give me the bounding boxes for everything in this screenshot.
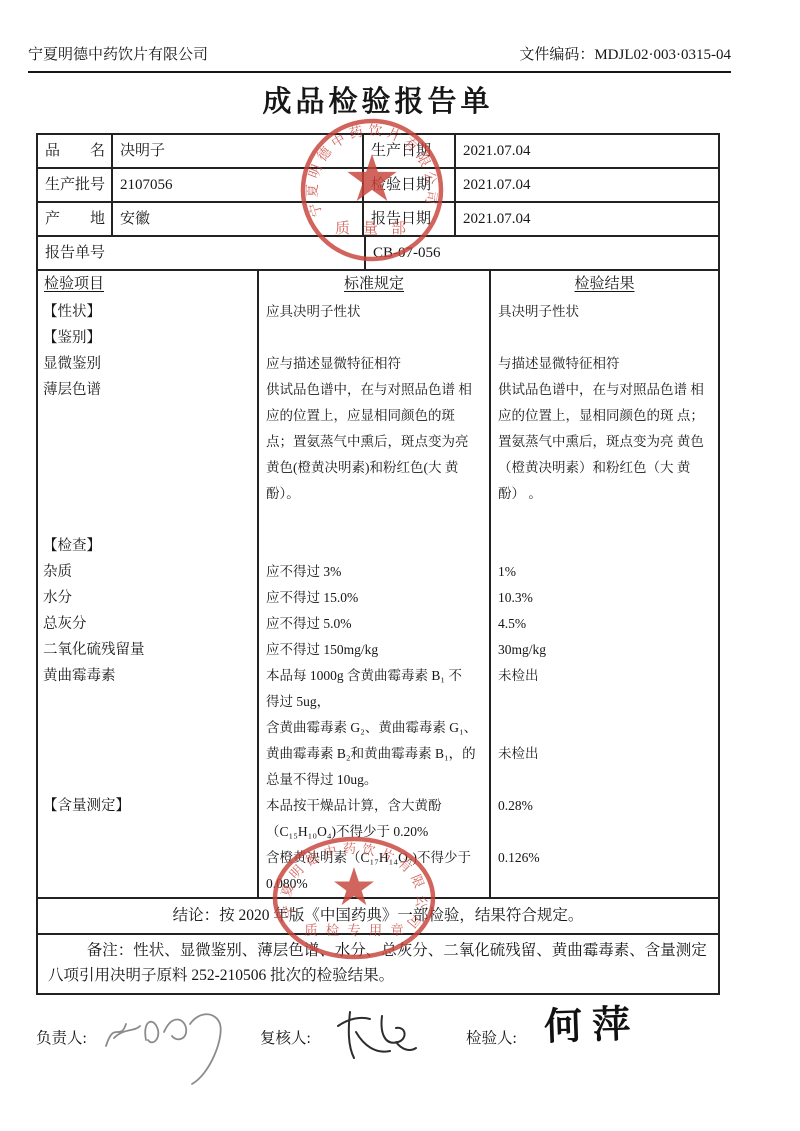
table-cell-line: 与描述显微特征相符 [491, 351, 718, 377]
review-signature-scribble [330, 1004, 430, 1074]
table-cell-line: （橙黄决明素）和粉红色（大 黄 [491, 455, 718, 481]
column-header-result: 检验结果 [491, 271, 718, 299]
table-cell-line: 黄曲霉毒素 B₂和黄曲霉毒素 B₁，的 [259, 741, 489, 767]
table-cell-line: 总量不得过 10ug。 [259, 767, 489, 793]
product-name-value: 决明子 [113, 135, 364, 167]
table-cell-line [38, 845, 257, 871]
production-date-label: 生产日期 [364, 135, 456, 167]
standard-column: 标准规定 应具决明子性状应与描述显微特征相符供试品色谱中，在与对照品色谱 相应的… [259, 271, 491, 897]
table-cell-line: 应不得过 3% [259, 559, 489, 585]
table-cell-line: 本品每 1000g 含黄曲霉毒素 B₁ 不 [259, 663, 489, 689]
table-cell-line: 【鉴别】 [38, 325, 257, 351]
report-body: 品 名 决明子 生产日期 2021.07.04 生产批号 2107056 检验日… [36, 133, 720, 995]
report-date-value: 2021.07.04 [456, 203, 718, 235]
inspection-date-label: 检验日期 [364, 169, 456, 201]
origin-label: 产 地 [38, 203, 113, 235]
table-cell-line [259, 325, 489, 351]
table-cell-line [38, 819, 257, 845]
table-cell-line: 供试品色谱中，在与对照品色谱 相 [259, 377, 489, 403]
table-row: 报告单号 CB-07-056 [38, 237, 718, 271]
table-cell-line [38, 689, 257, 715]
company-name: 宁夏明德中药饮片有限公司 [28, 45, 208, 65]
inspector-label: 检验人: [466, 1026, 517, 1048]
column-header-items: 检验项目 [38, 271, 257, 299]
inspector-signature-name: 何萍 [543, 992, 641, 1050]
table-cell-line [491, 507, 718, 533]
table-cell-line: 应不得过 15.0% [259, 585, 489, 611]
document-header: 宁夏明德中药饮片有限公司 文件编码：MDJL02·003·0315-04 [28, 45, 731, 65]
table-cell-line: 总灰分 [38, 611, 257, 637]
review-label: 复核人: [260, 1026, 311, 1048]
table-cell-line: 【性状】 [38, 299, 257, 325]
inspection-items-column: 检验项目 【性状】【鉴别】显微鉴别薄层色谱【检查】杂质水分总灰分二氧化硫残留量黄… [38, 271, 259, 897]
report-number-label: 报告单号 [38, 237, 366, 269]
report-number-value: CB-07-056 [366, 237, 718, 269]
table-cell-line: 【检查】 [38, 533, 257, 559]
table-row: 品 名 决明子 生产日期 2021.07.04 [38, 135, 718, 169]
table-cell-line: 0.28% [491, 793, 718, 819]
table-cell-line: 水分 [38, 585, 257, 611]
file-code: 文件编码：MDJL02·003·0315-04 [519, 45, 731, 65]
table-row: 产 地 安徽 报告日期 2021.07.04 [38, 203, 718, 237]
table-cell-line [491, 715, 718, 741]
origin-value: 安徽 [113, 203, 364, 235]
table-cell-line [259, 533, 489, 559]
signature-section: 负责人: 复核人: 检验人: 何萍 [36, 1012, 736, 1102]
table-cell-line: 酚） 。 [491, 481, 718, 507]
batch-number-label: 生产批号 [38, 169, 113, 201]
column-header-standard: 标准规定 [259, 271, 489, 299]
table-cell-line: 未检出 [491, 663, 718, 689]
table-cell-line [491, 533, 718, 559]
table-cell-line [491, 689, 718, 715]
table-cell-line: 应的位置上，显相同颜色的斑 点； [491, 403, 718, 429]
table-row: 生产批号 2107056 检验日期 2021.07.04 [38, 169, 718, 203]
table-cell-line: 二氧化硫残留量 [38, 637, 257, 663]
table-cell-line [38, 481, 257, 507]
table-cell-line: 含黄曲霉毒素 G₂、黄曲霉毒素 G₁、 [259, 715, 489, 741]
lead-label: 负责人: [36, 1026, 87, 1048]
inspection-date-value: 2021.07.04 [456, 169, 718, 201]
table-cell-line [38, 741, 257, 767]
table-cell-line [38, 455, 257, 481]
lead-signature-scribble [98, 998, 258, 1088]
table-cell-line: 应不得过 5.0% [259, 611, 489, 637]
table-cell-line: 显微鉴别 [38, 351, 257, 377]
table-cell-line [38, 403, 257, 429]
table-cell-line: （C₁₅H₁₀O₄)不得少于 0.20% [259, 819, 489, 845]
table-cell-line: 应与描述显微特征相符 [259, 351, 489, 377]
table-cell-line: 应不得过 150mg/kg [259, 637, 489, 663]
table-cell-line [259, 507, 489, 533]
table-cell-line [491, 819, 718, 845]
table-cell-line: 供试品色谱中，在与对照品色谱 相 [491, 377, 718, 403]
table-cell-line: 得过 5ug， [259, 689, 489, 715]
table-cell-line: 【含量测定】 [38, 793, 257, 819]
table-cell-line [38, 715, 257, 741]
table-cell-line: 点；置氨蒸气中熏后，斑点变为亮 [259, 429, 489, 455]
table-cell-line [491, 325, 718, 351]
table-cell-line: 黄色(橙黄决明素)和粉红色(大 黄 [259, 455, 489, 481]
table-cell-line: 酚）。 [259, 481, 489, 507]
table-cell-line: 应具决明子性状 [259, 299, 489, 325]
table-cell-line: 黄曲霉毒素 [38, 663, 257, 689]
table-cell-line: 薄层色谱 [38, 377, 257, 403]
production-date-value: 2021.07.04 [456, 135, 718, 167]
table-cell-line: 应的位置上，应显相同颜色的斑 [259, 403, 489, 429]
product-name-label: 品 名 [38, 135, 113, 167]
remark-row: 备注：性状、显微鉴别、薄层色谱、水分、总灰分、二氧化硫残留、黄曲霉毒素、含量测定… [38, 933, 718, 993]
table-cell-line: 4.5% [491, 611, 718, 637]
table-cell-line [491, 767, 718, 793]
table-cell-line: 置氨蒸气中熏后，斑点变为亮 黄色 [491, 429, 718, 455]
inspection-report-page: { "page_header": { "company": "宁夏明德中药饮片有… [0, 0, 800, 1131]
conclusion-row: 结论：按 2020 年版《中国药典》一部检验，结果符合规定。 [38, 897, 718, 933]
result-column: 检验结果 具决明子性状与描述显微特征相符供试品色谱中，在与对照品色谱 相应的位置… [491, 271, 718, 897]
table-cell-line: 未检出 [491, 741, 718, 767]
table-cell-line: 本品按干燥品计算，含大黄酚 [259, 793, 489, 819]
table-cell-line [38, 871, 257, 897]
table-cell-line [38, 767, 257, 793]
table-cell-line [491, 871, 718, 897]
report-date-label: 报告日期 [364, 203, 456, 235]
inspection-table: 检验项目 【性状】【鉴别】显微鉴别薄层色谱【检查】杂质水分总灰分二氧化硫残留量黄… [38, 271, 718, 897]
table-cell-line: 含橙黄决明素（C₁₇H₁₄O₇)不得少于 [259, 845, 489, 871]
report-title: 成品检验报告单 [36, 79, 720, 120]
table-cell-line: 0.126% [491, 845, 718, 871]
table-cell-line: 30mg/kg [491, 637, 718, 663]
header-divider [28, 71, 731, 73]
table-cell-line: 0.080% [259, 871, 489, 897]
table-cell-line [38, 429, 257, 455]
table-cell-line [38, 507, 257, 533]
batch-number-value: 2107056 [113, 169, 364, 201]
table-cell-line: 具决明子性状 [491, 299, 718, 325]
table-cell-line: 杂质 [38, 559, 257, 585]
table-cell-line: 10.3% [491, 585, 718, 611]
table-cell-line: 1% [491, 559, 718, 585]
